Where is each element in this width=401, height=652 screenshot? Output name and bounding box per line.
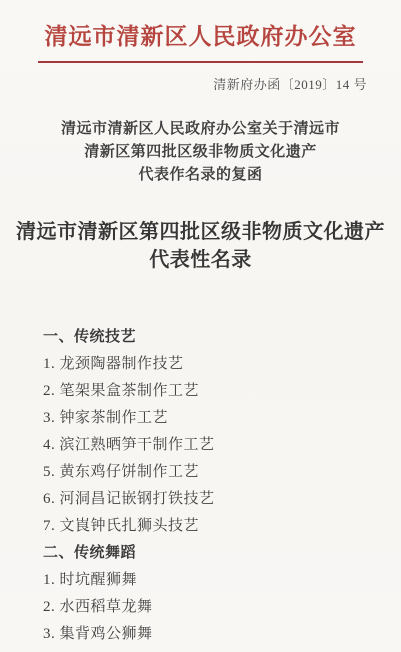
list-item: 3. 集背鸡公狮舞 [43, 621, 401, 648]
reply-title-line-3: 代表作名录的复函 [0, 164, 401, 187]
reply-title-line-2: 清新区第四批区级非物质文化遗产 [0, 141, 401, 164]
list-item: 3. 钟家茶制作工艺 [43, 405, 401, 432]
heritage-list-title: 清远市清新区第四批区级非物质文化遗产 代表性名录 [0, 218, 401, 274]
document-reference-number: 清新府办函〔2019〕14 号 [0, 75, 401, 94]
list-item: 5. 黄东鸡仔饼制作工艺 [43, 459, 401, 486]
list-item: 1. 时坑醒狮舞 [43, 567, 401, 594]
section-heading-traditional-crafts: 一、传统技艺 [43, 324, 401, 351]
list-item: 7. 文崀钟氏扎狮头技艺 [43, 513, 401, 540]
list-item: 4. 滨江熟晒笋干制作工艺 [43, 432, 401, 459]
reply-letter-title: 清远市清新区人民政府办公室关于清远市 清新区第四批区级非物质文化遗产 代表作名录… [0, 118, 401, 187]
list-item: 2. 水西稻草龙舞 [43, 594, 401, 621]
heritage-list-title-line-2: 代表性名录 [0, 246, 401, 274]
heritage-list-title-line-1: 清远市清新区第四批区级非物质文化遗产 [0, 218, 401, 246]
header-red-divider [38, 61, 363, 63]
list-item: 2. 笔架果盒茶制作工艺 [43, 378, 401, 405]
reply-title-line-1: 清远市清新区人民政府办公室关于清远市 [0, 118, 401, 141]
section-heading-traditional-dance: 二、传统舞蹈 [43, 540, 401, 567]
heritage-list: 一、传统技艺 1. 龙颈陶器制作技艺 2. 笔架果盒茶制作工艺 3. 钟家茶制作… [43, 324, 401, 648]
list-item: 1. 龙颈陶器制作技艺 [43, 351, 401, 378]
official-document-page: 清远市清新区人民政府办公室 清新府办函〔2019〕14 号 清远市清新区人民政府… [0, 0, 401, 652]
list-item: 6. 河洞昌记嵌钢打铁技艺 [43, 486, 401, 513]
issuing-org-title: 清远市清新区人民政府办公室 [0, 22, 401, 52]
